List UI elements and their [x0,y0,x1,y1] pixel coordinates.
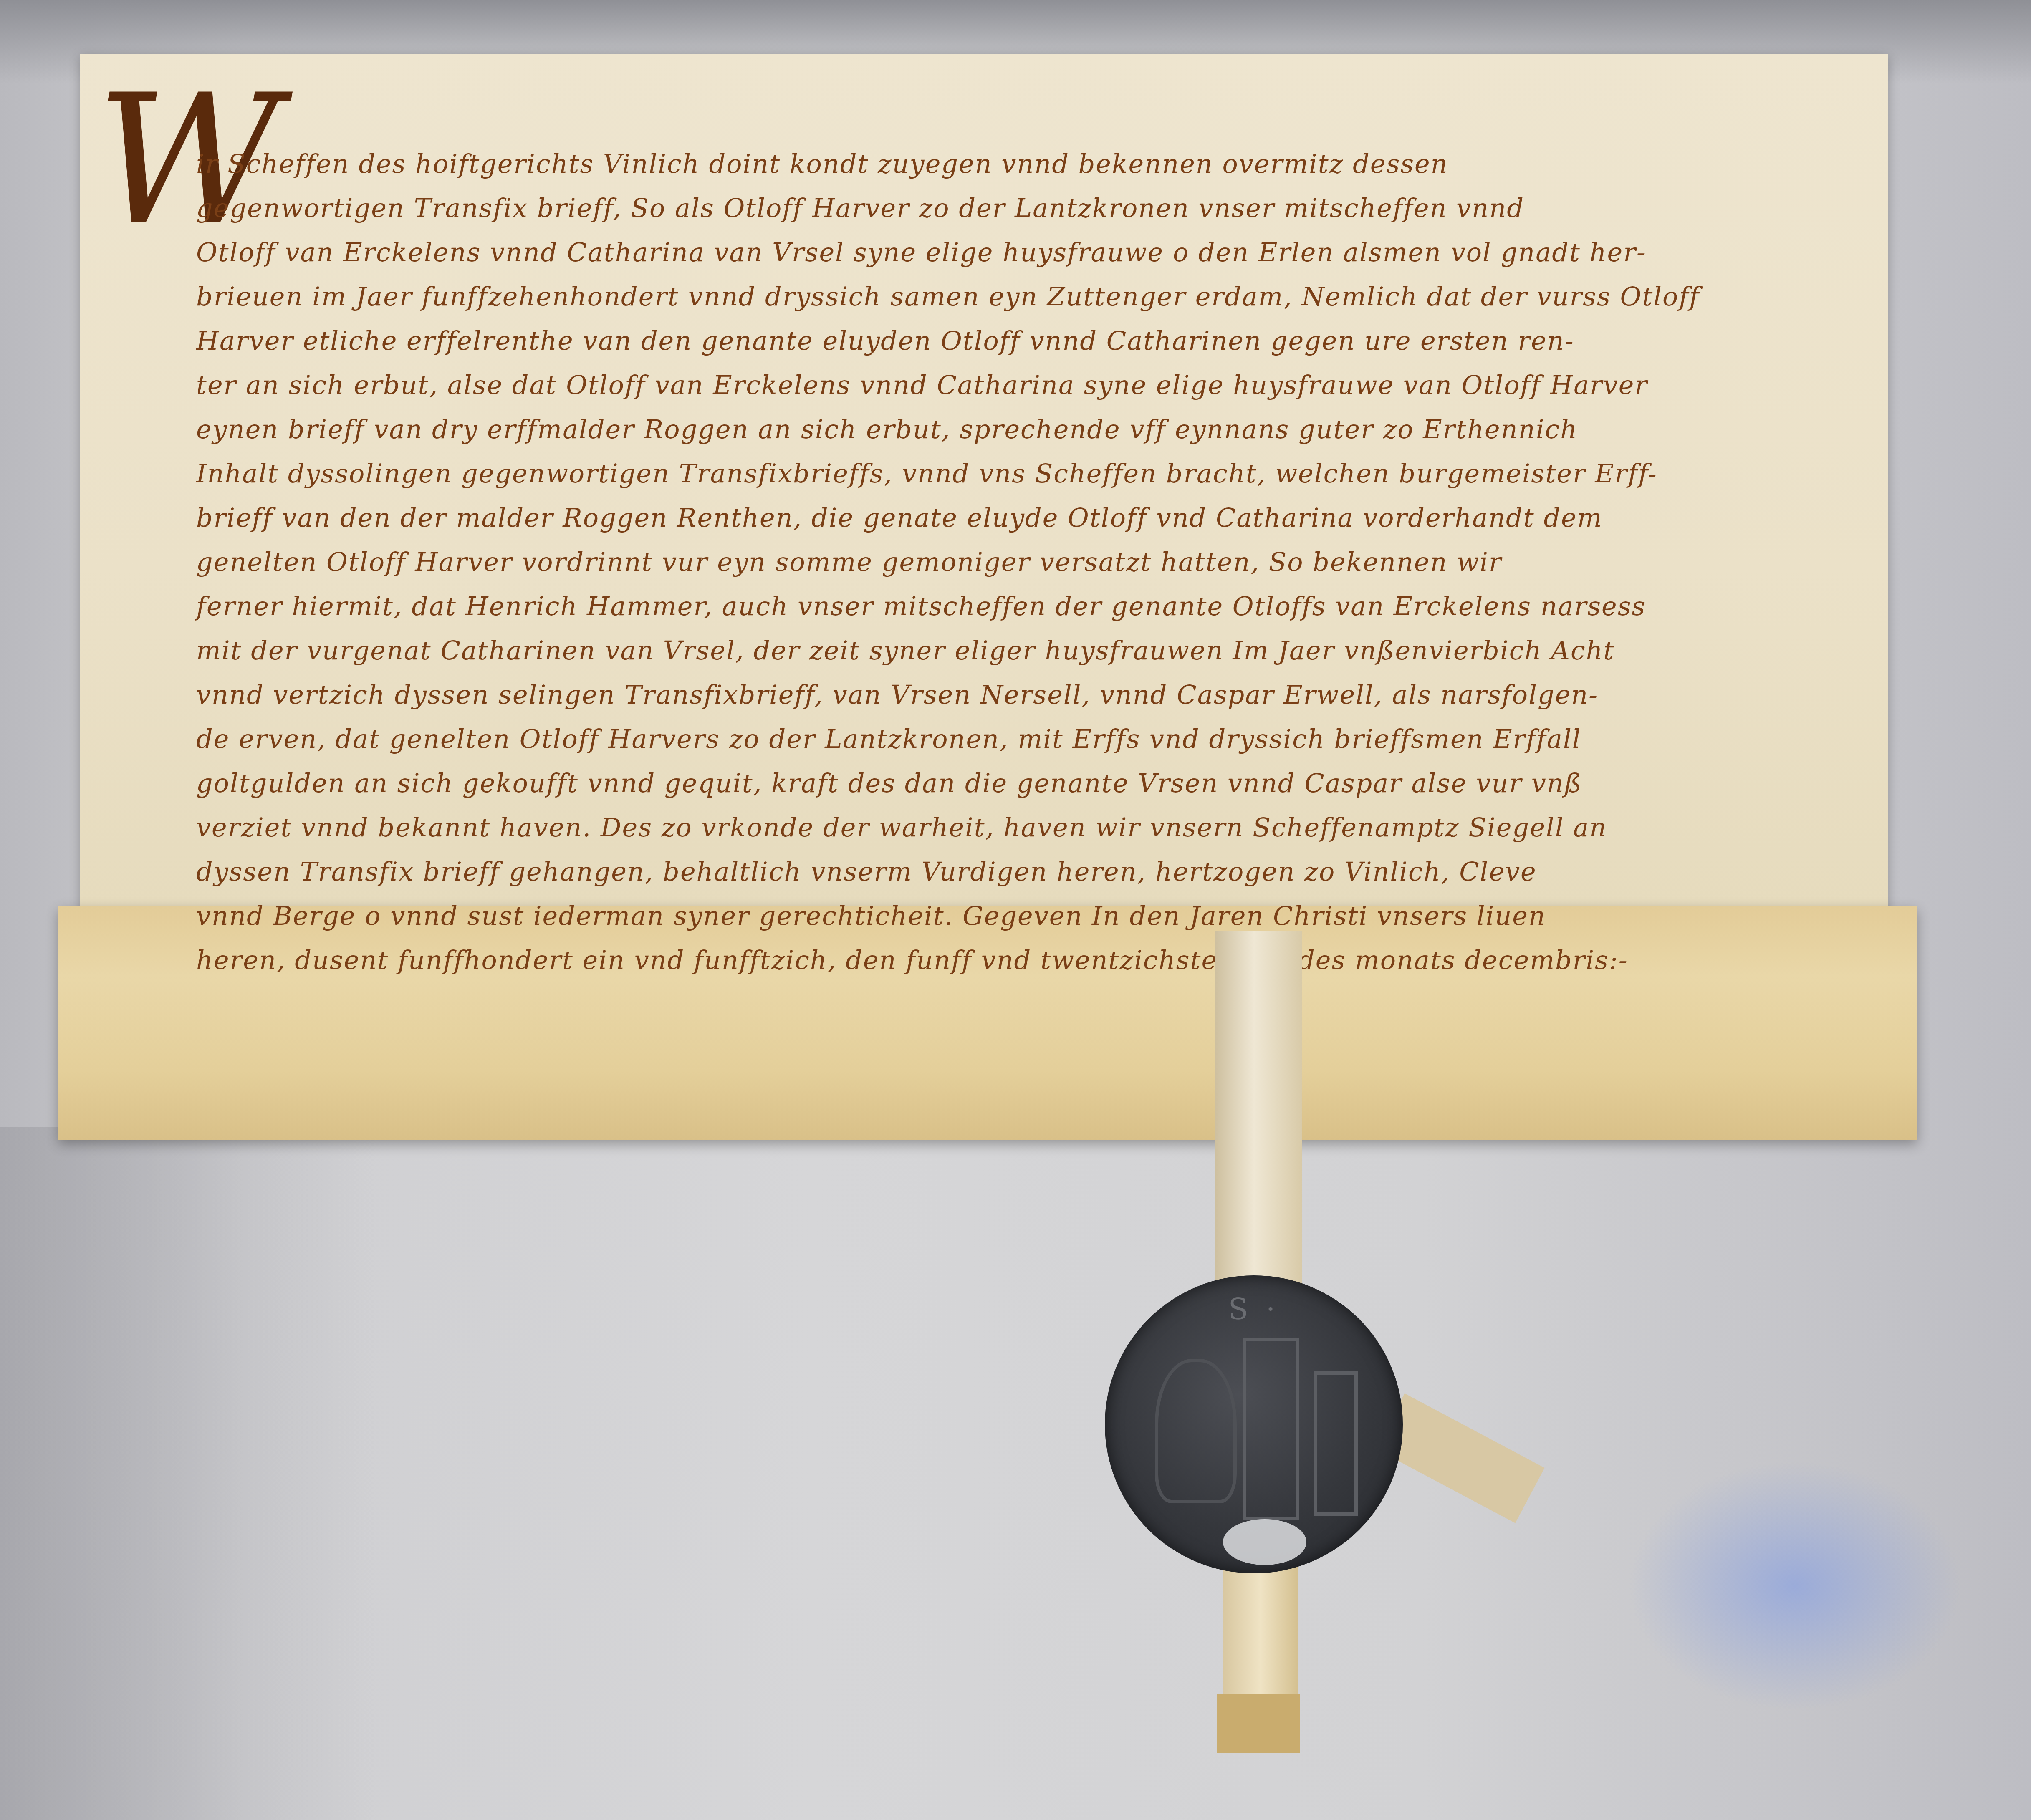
text-line: vnnd Berge o vnnd sust iederman syner ge… [134,894,1887,938]
text-line: mit der vurgenat Catharinen van Vrsel, d… [134,629,1887,673]
seal-tower-icon [1243,1338,1299,1520]
text-line: brieuen im Jaer funffzehenhondert vnnd d… [134,275,1887,319]
charter-text: ir Scheffen des hoiftgerichts Vinlich do… [134,142,1887,982]
text-line: vnnd vertzich dyssen selingen Transfixbr… [134,673,1887,717]
text-line: gegenwortigen Transfix brieff, So als Ot… [134,186,1887,230]
text-line: genelten Otloff Harver vordrinnt vur eyn… [134,540,1887,584]
text-line: dyssen Transfix brieff gehangen, behaltl… [134,850,1887,894]
text-line: verziet vnnd bekannt haven. Des zo vrkon… [134,805,1887,850]
text-line: eynen brieff van dry erffmalder Roggen a… [134,407,1887,452]
text-line: ferner hiermit, dat Henrich Hammer, auch… [134,584,1887,629]
background-shadow-left [0,1127,376,1820]
seal-tower-icon [1314,1371,1358,1516]
text-line: goltgulden an sich gekoufft vnnd gequit,… [134,761,1887,805]
seal-figure-icon [1155,1359,1237,1503]
seal-wax-rim [1223,1519,1306,1565]
text-line: Harver etliche erffelrenthe van den gena… [134,319,1887,363]
text-line: ter an sich erbut, alse dat Otloff van E… [134,363,1887,407]
text-line: Inhalt dyssolingen gegenwortigen Transfi… [134,452,1887,496]
seal-legend: S · [1105,1292,1403,1326]
text-line: heren, dusent funffhondert ein vnd funff… [134,938,1887,982]
text-line: ir Scheffen des hoiftgerichts Vinlich do… [134,142,1887,186]
text-line: Otloff van Erckelens vnnd Catharina van … [134,230,1887,275]
seal-tag-end [1217,1694,1300,1753]
text-line: de erven, dat genelten Otloff Harvers zo… [134,717,1887,761]
text-line: brieff van den der malder Roggen Renthen… [134,496,1887,540]
blue-light-reflection [1628,1461,1962,1711]
